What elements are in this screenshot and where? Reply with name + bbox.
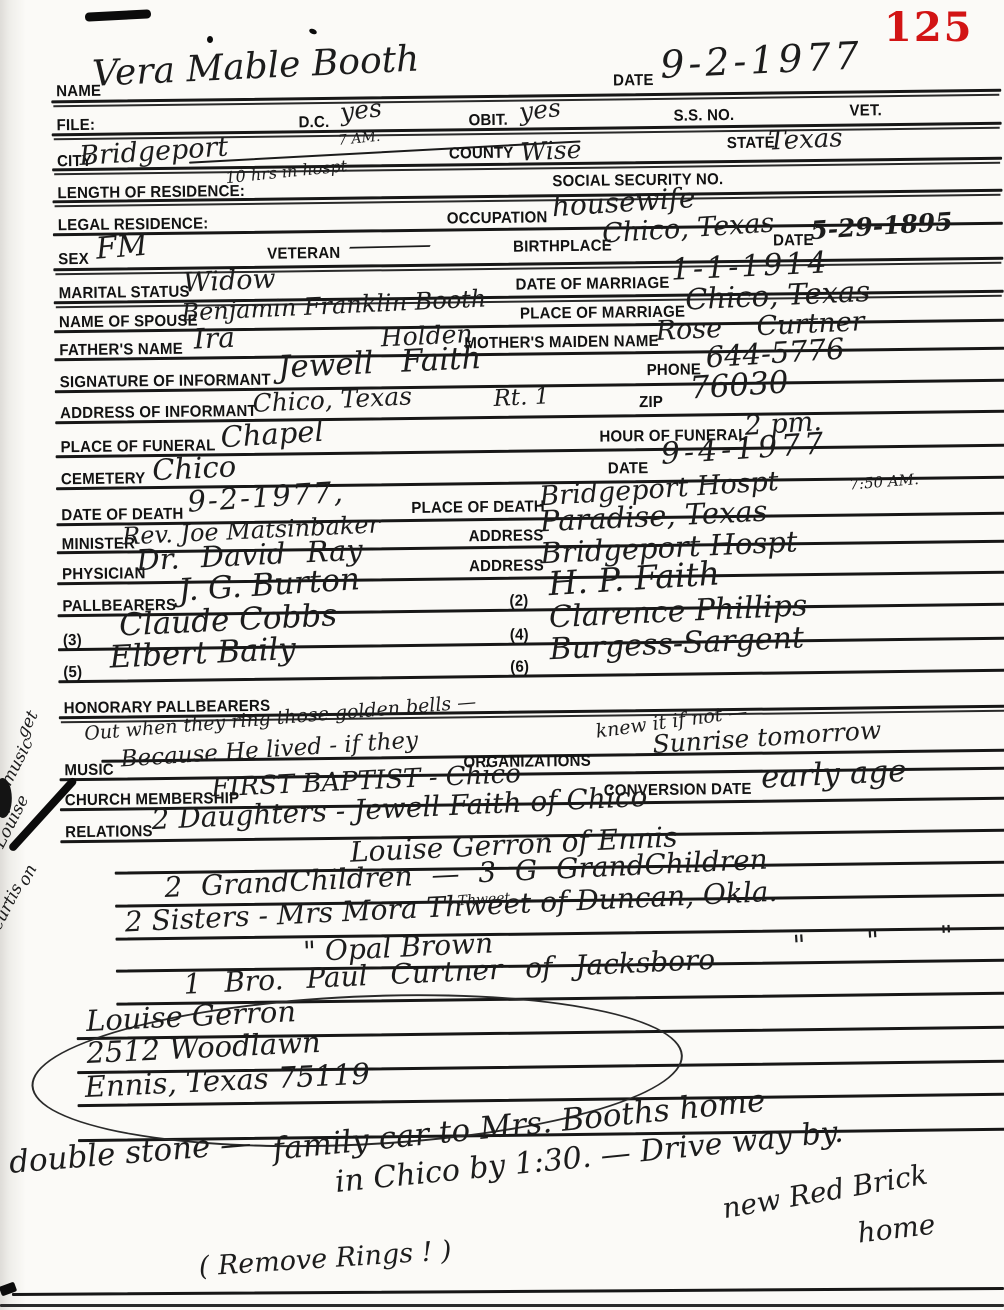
relations-label: RELATIONS	[65, 823, 153, 842]
pallbearer3-label: (3)	[63, 632, 82, 650]
sex-value: FM	[95, 231, 149, 265]
vet-label: VET.	[849, 102, 882, 120]
marital-status-label: MARITAL STATUS	[59, 284, 190, 304]
mothers-maiden-name-label: MOTHER'S MAIDEN NAME	[464, 333, 659, 353]
marital-status-value: Widow	[182, 265, 276, 296]
name-of-spouse-label: NAME OF SPOUSE	[59, 313, 198, 333]
conversion-date-value: early age	[760, 756, 907, 794]
pallbearer5-label: (5)	[63, 664, 82, 682]
margin-note-curtis: curtis	[0, 881, 26, 933]
physician-address-label: ADDRESS	[469, 557, 544, 576]
state-value: Texas	[768, 125, 843, 154]
ssno-label: S.S. NO.	[673, 107, 734, 126]
fathers-name-label: FATHER'S NAME	[59, 341, 183, 361]
date-of-death-value: 9-2-1977,	[187, 478, 346, 517]
zip-value: 76030	[689, 367, 789, 404]
obit-label: OBIT.	[468, 112, 508, 130]
dc-label: D.C.	[298, 114, 329, 132]
address-of-informant-route: Rt. 1	[493, 385, 550, 411]
city-value: Bridgeport	[78, 133, 229, 170]
zip-label: ZIP	[639, 394, 663, 412]
pallbearer5-value: Elbert Baily	[109, 634, 297, 674]
place-of-death-label: PLACE OF DEATH	[411, 498, 545, 518]
scan-bottom-edge	[0, 1304, 1004, 1307]
fathers-name-value: Ira	[193, 324, 235, 354]
record-date-value: 9-2-1977	[659, 36, 863, 84]
cemetery-value: Chico	[152, 452, 237, 485]
veteran-value: —	[344, 232, 436, 260]
occupation-label: OCCUPATION	[447, 209, 548, 228]
date-of-marriage-label: DATE OF MARRIAGE	[515, 275, 669, 295]
county-value: Wise	[520, 137, 582, 165]
funeral-record-form: NAME Vera Mable Booth DATE 9-2-1977 FILE…	[0, 0, 1004, 1310]
county-label: COUNTY	[449, 145, 514, 164]
veteran-label: VETERAN	[267, 245, 340, 264]
physician-label: PHYSICIAN	[62, 565, 146, 584]
obit-value: yes	[518, 95, 562, 125]
length-of-residence-label: LENGTH OF RESIDENCE:	[57, 183, 245, 203]
margin-note-get: get	[14, 708, 42, 740]
pallbearer4-label: (4)	[510, 627, 529, 645]
dc-value: yes	[339, 95, 383, 125]
bottom-note-remove-rings: ( Remove Rings ! )	[198, 1237, 452, 1280]
dc-time-note: 7 AM.	[337, 130, 380, 148]
file-label: FILE:	[56, 117, 95, 135]
length-of-residence-value: 10 hrs in hospt	[225, 158, 348, 186]
name-value: Vera Mable Booth	[92, 41, 421, 92]
relations-line-4-dittos: " " "	[792, 922, 954, 960]
pallbearer6-value: Burgess-Sargent	[549, 623, 805, 665]
place-of-funeral-value: Chapel	[220, 417, 325, 453]
birthplace-label: BIRTHPLACE	[513, 237, 612, 256]
minister-address-label: ADDRESS	[469, 527, 544, 546]
record-date-label: DATE	[613, 72, 654, 90]
bottom-note-home: home	[856, 1211, 937, 1248]
signature-of-informant-label: SIGNATURE OF INFORMANT	[60, 372, 271, 393]
bottom-note-double-stone: double stone —	[8, 1128, 252, 1179]
pallbearer6-label: (6)	[510, 659, 529, 677]
scanned-form-sheet: 125 NAME Ve	[0, 0, 1004, 1310]
address-of-informant-value: Chico, Texas	[252, 383, 413, 415]
cemetery-label: CEMETERY	[61, 470, 146, 489]
sex-label: SEX	[58, 251, 89, 269]
signature-of-informant-value: Jewell Faith	[277, 343, 482, 384]
pallbearer2-label: (2)	[509, 593, 528, 611]
place-of-death-time-note: 7:50 AM.	[849, 472, 919, 493]
birth-date-value: 5-29-1895	[809, 209, 953, 243]
funeral-date-value: 9-4-1977	[660, 429, 828, 470]
